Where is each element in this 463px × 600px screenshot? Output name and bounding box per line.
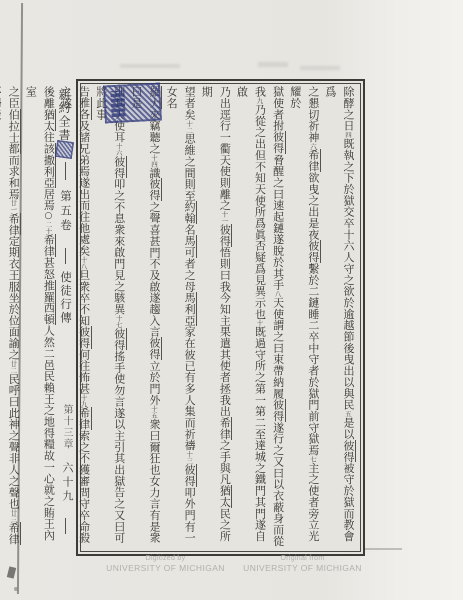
text-run: 名 [183, 224, 196, 235]
watermark-line: UNIVERSITY OF MICHIGAN [103, 563, 228, 573]
watermark-digitized: Digitized by UNIVERSITY OF MICHIGAN [103, 555, 228, 573]
proper-name: 希律 [218, 417, 232, 440]
text-run: 往 [42, 131, 55, 142]
proper-name: 馬可 [183, 235, 197, 258]
verse-number: 廿一 [9, 200, 17, 213]
proper-name: 該撒利亞 [42, 143, 56, 188]
proper-name: 彼得 [307, 240, 321, 263]
text-run: 而求和焉 [7, 154, 20, 199]
text-column: 我九乃從之出但不知天使所爲眞否疑爲見異示也十既過守所之第一第二至達城之鐵門其門遂… [233, 86, 268, 549]
watermark-line: Original from [240, 555, 365, 562]
text-run: 悟則曰我今知主果遣其使者拯我出 [218, 247, 231, 417]
text-column: 之懇切祈神六希律欲曳之出是夜彼得繫於二鏈睡二卒中守者於獄門前守獄焉七主之使者旁立… [287, 86, 322, 549]
text-run: 者之母 [183, 258, 196, 292]
text-run: 欲曳之出是夜 [307, 172, 320, 240]
page-corner-dot [14, 587, 18, 591]
proper-name: 馬利亞 [183, 292, 197, 326]
text-run: 家在彼已有多人集而祈禱 [183, 326, 196, 451]
proper-name: 西頓 [42, 302, 56, 325]
proper-name: 彼得 [342, 440, 356, 463]
verse-number: 十八 [80, 256, 88, 269]
text-run: 識 [148, 167, 161, 178]
scanned-book-page: 新約全書 第五卷 使徒行傳 第十三章 六十九 除酵之日四既執之下於獄交卒十六人守… [0, 0, 463, 600]
proper-name: 希律 [42, 234, 56, 257]
library-stamp-small [55, 140, 74, 159]
text-run: 叩之不息衆來啟門見之駭異 [113, 178, 126, 314]
verse-number: 十四 [150, 154, 158, 167]
page-corner-mark [7, 566, 16, 578]
watermark-line: UNIVERSITY OF MICHIGAN [240, 563, 365, 573]
text-column: 則其天使耳十六彼得叩之不息衆來啟門見之駭異十七彼得搖手使勿言遂以主引其出獄告之又… [93, 86, 128, 549]
section-mark: ○ [43, 211, 53, 221]
verse-number: 十五 [150, 405, 158, 418]
text-run: 民呼曰此神之聲非人之聲也 [7, 373, 20, 509]
proper-name: 彼得 [183, 464, 197, 487]
verse-number: 十六 [115, 143, 123, 156]
proper-name: 推羅 [42, 280, 56, 303]
text-run: 旦衆卒不知 [78, 269, 91, 326]
text-column: 之臣伯拉士都而求和焉廿一希律定期衣王服坐於位面諭之廿二民呼曰此神之聲非人之聲也廿… [0, 86, 22, 549]
page-bottom-edge-shadow [360, 548, 402, 550]
text-run: 何往怖甚 [78, 349, 91, 394]
text-run: 之懇切祈神 [307, 86, 320, 143]
text-run: 及諸兄弟焉遂出而往他處矣 [78, 120, 91, 256]
proper-name: 伯拉士都 [7, 109, 21, 154]
proper-name: 希律 [7, 522, 21, 545]
verse-number: 十一 [220, 211, 228, 224]
verse-number: 廿二 [9, 360, 17, 373]
verse-number: 廿三 [9, 509, 17, 522]
proper-name: 彼得 [148, 178, 162, 201]
text-column: 後離猶太往該撒利亞居焉○二十希律甚怒推羅西頓人然二邑民賴王之地得糧故一心就之賄王… [22, 86, 57, 549]
proper-name: 彼得 [148, 337, 162, 360]
library-stamp [103, 83, 162, 124]
text-column: 除酵之日四既執之下於獄交卒十六人守之欲於逾越節後曳出以與民五是以彼得被守於獄而教… [322, 86, 357, 549]
watermark-original: Original from UNIVERSITY OF MICHIGAN [240, 555, 365, 573]
proper-name: 彼得 [78, 326, 92, 349]
verse-number: 十二 [185, 120, 193, 133]
text-column: 望者矣十二思維之間則至約翰名馬可者之母馬利亞家在彼已有多人集而祈禱十三彼得叩外門… [163, 86, 198, 549]
text-run: 定期衣王服坐於位面諭之 [7, 235, 20, 360]
text-columns: 除酵之日四既執之下於獄交卒十六人守之欲於逾越節後曳出以與民五是以彼得被守於獄而教… [83, 86, 357, 549]
text-run: 甚怒 [42, 257, 55, 280]
proper-name: 彼得 [272, 399, 286, 422]
proper-name: 彼得 [113, 328, 127, 351]
text-run: 天使謂之曰束帶納履 [272, 297, 285, 399]
text-run: 除酵之日 [342, 86, 355, 131]
text-column: 羅大來竊聽之十四識彼得之聲喜甚門不及啟遂趨入言彼得立於門外十五衆曰爾狂也女力言有… [128, 86, 163, 549]
text-column: 乃出逕行一衢天使則離之十一彼得悟則曰我今知主果遣其使者拯我出希律之手與凡猶太民之… [198, 86, 233, 549]
text-run: 脅醒之曰速起鏈遂脫於其手 [272, 154, 285, 290]
text-column: 獄使者拊彼得脅醒之曰速起鏈遂脫於其手八天使謂之曰束帶納履彼得遂行之又曰以衣蔽身而… [269, 86, 287, 549]
text-run: 獄使者拊 [272, 86, 285, 131]
text-run: 是以 [342, 417, 355, 440]
text-run: 乃出逕行一衢天使則離之 [218, 86, 231, 211]
text-run: 繫於二鏈睡二卒中守者於獄門前守獄焉 [307, 263, 320, 456]
text-run: 告 [78, 86, 91, 97]
text-run: 既執之下於獄交卒十六人守之欲於逾越節後曳出以與民 [342, 138, 355, 410]
text-run: 思維之間則至 [183, 133, 196, 201]
text-run: 不歸榮 [0, 86, 2, 120]
verse-number: 十三 [185, 451, 193, 464]
text-run: 遂行之又曰以衣蔽身而從 [272, 422, 285, 547]
proper-name: 彼得 [272, 131, 286, 154]
text-run: 我 [254, 86, 267, 97]
proper-name: 彼得 [113, 156, 127, 179]
text-run: 居焉 [42, 188, 55, 211]
verse-number: 二十 [44, 221, 52, 234]
watermark-line: Digitized by [103, 555, 228, 562]
proper-name: 彼得 [218, 224, 232, 247]
ink-bleed-through [258, 62, 288, 67]
proper-name: 希律 [307, 149, 321, 172]
proper-name: 希律 [78, 407, 92, 430]
proper-name: 雅各 [78, 97, 92, 120]
verse-number: 十七 [115, 315, 123, 328]
ink-bleed-through [120, 64, 180, 68]
text-run: 立於門外 [148, 360, 161, 405]
verse-number: 十九 [80, 394, 88, 407]
text-run: 乃從之出但不知天使所爲眞否疑爲見異示也 [254, 104, 267, 320]
proper-name: 希律 [7, 213, 21, 236]
ink-bleed-through [300, 66, 340, 70]
text-run: 望者矣 [183, 86, 196, 120]
text-run: 之聲喜甚門不及啟遂趨入言 [148, 201, 161, 337]
text-run: 之手與凡 [218, 440, 231, 485]
proper-name: 猶太 [42, 109, 56, 132]
proper-name: 約翰 [183, 201, 197, 224]
proper-name: 猶太 [218, 485, 232, 508]
text-run: 後離 [42, 86, 55, 109]
text-block-frame: 除酵之日四既執之下於獄交卒十六人守之欲於逾越節後曳出以與民五是以彼得被守於獄而教… [76, 79, 365, 556]
text-run: 之臣 [7, 86, 20, 109]
